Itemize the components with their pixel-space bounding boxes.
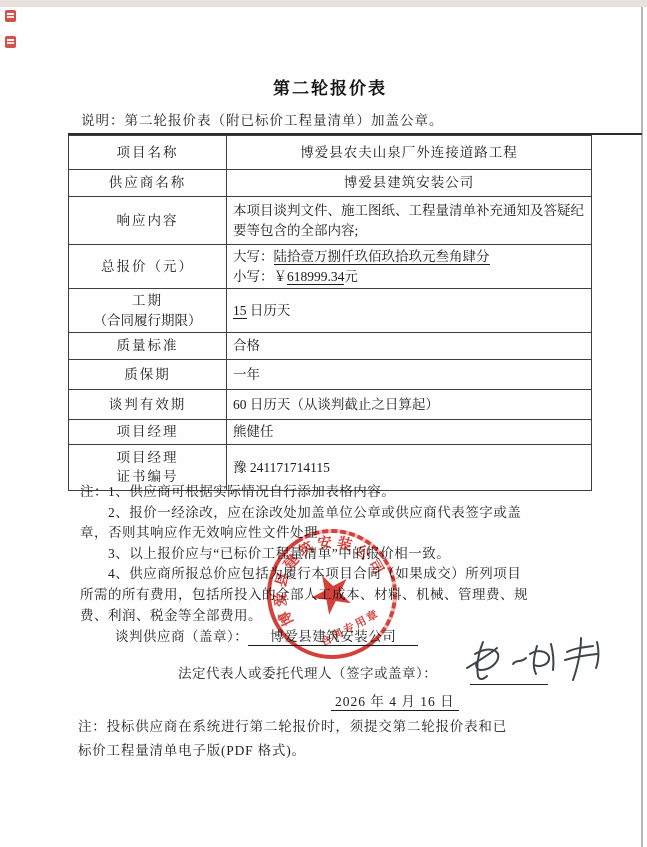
table-row: 质保期 一年	[69, 360, 592, 390]
table-row: 总报价（元） 大写：陆拾壹万捌仟玖佰玖拾玖元叁角肆分 小写：￥618999.34…	[69, 245, 592, 289]
row-label: 项目名称	[69, 136, 227, 170]
table-row: 谈判有效期 60 日历天（从谈判截止之日算起）	[69, 390, 592, 420]
row-label: 总报价（元）	[69, 245, 227, 289]
label-line1: 项目经理	[117, 450, 179, 465]
note-line: 章，否则其响应作无效响应性文件处理	[80, 525, 318, 540]
quotation-table: 项目名称 博爱县农夫山泉厂外连接道路工程 供应商名称 博爱县建筑安装公司 响应内…	[68, 135, 592, 491]
instruction-line: 说明：第二轮报价表（附已标价工程量清单）加盖公章。	[81, 109, 444, 129]
date-line: 2026 年 4 月 16 日	[331, 690, 459, 710]
row-value: 博爱县农夫山泉厂外连接道路工程	[227, 136, 592, 170]
star-icon	[304, 566, 357, 618]
table-row: 项目名称 博爱县农夫山泉厂外连接道路工程	[69, 136, 592, 170]
duration-unit: 日历天	[247, 303, 291, 318]
note-line: 2、报价一经涂改，应在涂改处加盖单位公章或供应商代表签字或盖	[80, 505, 521, 520]
table-row: 质量标准 合格	[69, 333, 592, 360]
row-value: 60 日历天（从谈判截止之日算起）	[227, 390, 592, 420]
table-row: 工期 （合同履行期限） 15 日历天	[69, 289, 592, 333]
row-value: 本项目谈判文件、施工图纸、工程量清单补充通知及答疑纪要等包含的全部内容;	[227, 197, 592, 245]
note-line: 注：1、供应商可根据实际情况自行添加表格内容。	[80, 484, 395, 499]
label-line2: （合同履行期限）	[94, 313, 202, 328]
footer-note-line: 标价工程量清单电子版(PDF 格式)。	[78, 743, 306, 758]
lowercase-amount: 618999.34	[287, 269, 344, 285]
row-value: 熊健任	[227, 420, 592, 445]
row-value: 合格	[227, 333, 592, 360]
row-value: 大写：陆拾壹万捌仟玖佰玖拾玖元叁角肆分 小写：￥618999.34元	[227, 245, 592, 289]
row-value: 一年	[227, 360, 592, 390]
duration-days: 15	[233, 303, 247, 319]
table-row: 供应商名称 博爱县建筑安装公司	[69, 170, 592, 197]
lowercase-suffix: 元	[344, 269, 358, 284]
row-label: 谈判有效期	[69, 390, 227, 420]
page-title: 第二轮报价表	[68, 74, 592, 99]
row-label: 质保期	[69, 360, 227, 390]
row-value: 博爱县建筑安装公司	[227, 170, 592, 197]
row-label: 工期 （合同履行期限）	[69, 289, 227, 333]
row-label: 质量标准	[69, 333, 227, 360]
red-stamp-marker	[5, 36, 16, 48]
scan-edge-band	[0, 0, 647, 7]
row-label: 响应内容	[69, 197, 227, 245]
document-page: 第二轮报价表 说明：第二轮报价表（附已标价工程量清单）加盖公章。 项目名称 博爱…	[0, 0, 647, 847]
label-line1: 工期	[132, 293, 163, 308]
note-line: 费、利润、税金等全部费用。	[80, 608, 262, 623]
footer-note: 注：投标供应商在系统进行第二轮报价时，须提交第二轮报价表和已标价工程量清单电子版…	[78, 715, 598, 762]
uppercase-amount: 陆拾壹万捌仟玖佰玖拾玖元叁角肆分	[274, 249, 490, 265]
row-label: 项目经理	[69, 420, 227, 445]
handwritten-signature	[463, 634, 618, 690]
footer-note-line: 注：投标供应商在系统进行第二轮报价时，须提交第二轮报价表和已	[78, 719, 507, 734]
lowercase-prefix: 小写：￥	[233, 269, 287, 284]
date-value: 2026 年 4 月 16 日	[331, 694, 459, 711]
red-stamp-marker	[5, 10, 16, 22]
supplier-sign-label: 谈判供应商（盖章）：	[115, 629, 248, 644]
uppercase-prefix: 大写：	[233, 249, 274, 264]
row-value: 15 日历天	[227, 289, 592, 333]
table-row: 项目经理 熊健任	[69, 420, 592, 445]
table-row: 响应内容 本项目谈判文件、施工图纸、工程量清单补充通知及答疑纪要等包含的全部内容…	[69, 197, 592, 245]
row-label: 供应商名称	[69, 170, 227, 197]
